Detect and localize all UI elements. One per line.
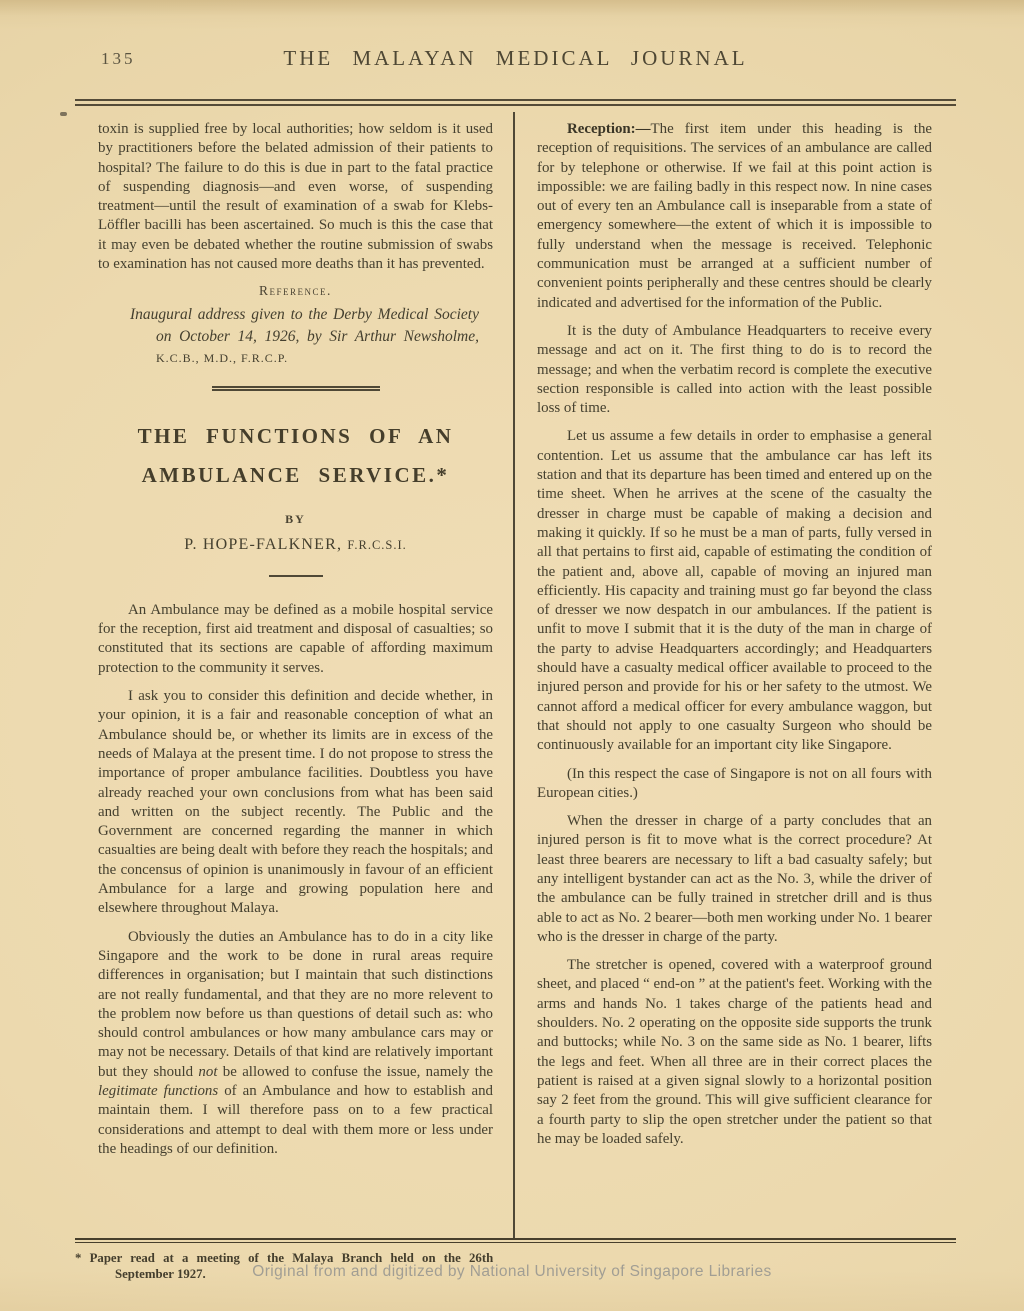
- article-title-line2: AMBULANCE SERVICE.*: [98, 456, 493, 495]
- journal-title: THE MALAYAN MEDICAL JOURNAL: [75, 46, 956, 71]
- paragraph-3-text: be allowed to confuse the issue, namely …: [217, 1064, 493, 1080]
- author-name: P. HOPE-FALKNER,: [184, 536, 347, 553]
- reception-lead-bold: Reception:—: [567, 121, 651, 137]
- article-paragraph-3: Obviously the duties an Ambulance has to…: [98, 928, 493, 1160]
- footer-rule: [75, 1238, 956, 1243]
- bearers-procedure-paragraph: When the dresser in charge of a party co…: [537, 812, 932, 947]
- reference-citation: Inaugural address given to the Derby Med…: [156, 304, 479, 370]
- right-column: Reception:—The first item under this hea…: [515, 112, 956, 1238]
- continuation-paragraph: toxin is supplied free by local authorit…: [98, 120, 493, 274]
- paragraph-3-italic-legitimate-functions: legitimate functions: [98, 1083, 218, 1099]
- title-separator-rule: [269, 575, 323, 577]
- article-paragraph-2: I ask you to consider this definition an…: [98, 687, 493, 919]
- reference-heading: Reference.: [98, 283, 493, 299]
- page-number: 135: [101, 49, 136, 69]
- author-honors: F.R.C.S.I.: [347, 538, 406, 552]
- byline: BY: [98, 512, 493, 527]
- journal-page-scan: 135 THE MALAYAN MEDICAL JOURNAL toxin is…: [0, 0, 1024, 1311]
- digitization-watermark: Original from and digitized by National …: [0, 1263, 1024, 1281]
- scan-ink-speck: [60, 112, 67, 116]
- ambulance-car-paragraph: Let us assume a few details in order to …: [537, 427, 932, 755]
- reception-paragraph-text: The first item under this heading is the…: [537, 121, 932, 311]
- reference-citation-honors: K.C.B., M.D., F.R.C.P.: [156, 351, 288, 365]
- article-title: THE FUNCTIONS OF AN AMBULANCE SERVICE.*: [98, 417, 493, 495]
- article-paragraph-1: An Ambulance may be defined as a mobile …: [98, 601, 493, 678]
- paragraph-3-italic-not: not: [198, 1064, 217, 1080]
- stretcher-paragraph: The stretcher is opened, covered with a …: [537, 956, 932, 1149]
- reception-paragraph: Reception:—The first item under this hea…: [537, 120, 932, 313]
- paragraph-3-text: Obviously the duties an Ambulance has to…: [98, 929, 493, 1080]
- reference-citation-italic: Inaugural address given to the Derby Med…: [130, 306, 479, 345]
- page-header: 135 THE MALAYAN MEDICAL JOURNAL: [75, 46, 956, 71]
- section-separator-double-rule: [212, 386, 380, 391]
- article-title-line1: THE FUNCTIONS OF AN: [98, 417, 493, 456]
- singapore-aside-paragraph: (In this respect the case of Singapore i…: [537, 765, 932, 804]
- header-double-rule: [75, 99, 956, 106]
- headquarters-duty-paragraph: It is the duty of Ambulance Headquarters…: [537, 322, 932, 418]
- two-column-text-area: toxin is supplied free by local authorit…: [75, 112, 956, 1238]
- left-column: toxin is supplied free by local authorit…: [75, 112, 513, 1238]
- author-line: P. HOPE-FALKNER, F.R.C.S.I.: [98, 536, 493, 554]
